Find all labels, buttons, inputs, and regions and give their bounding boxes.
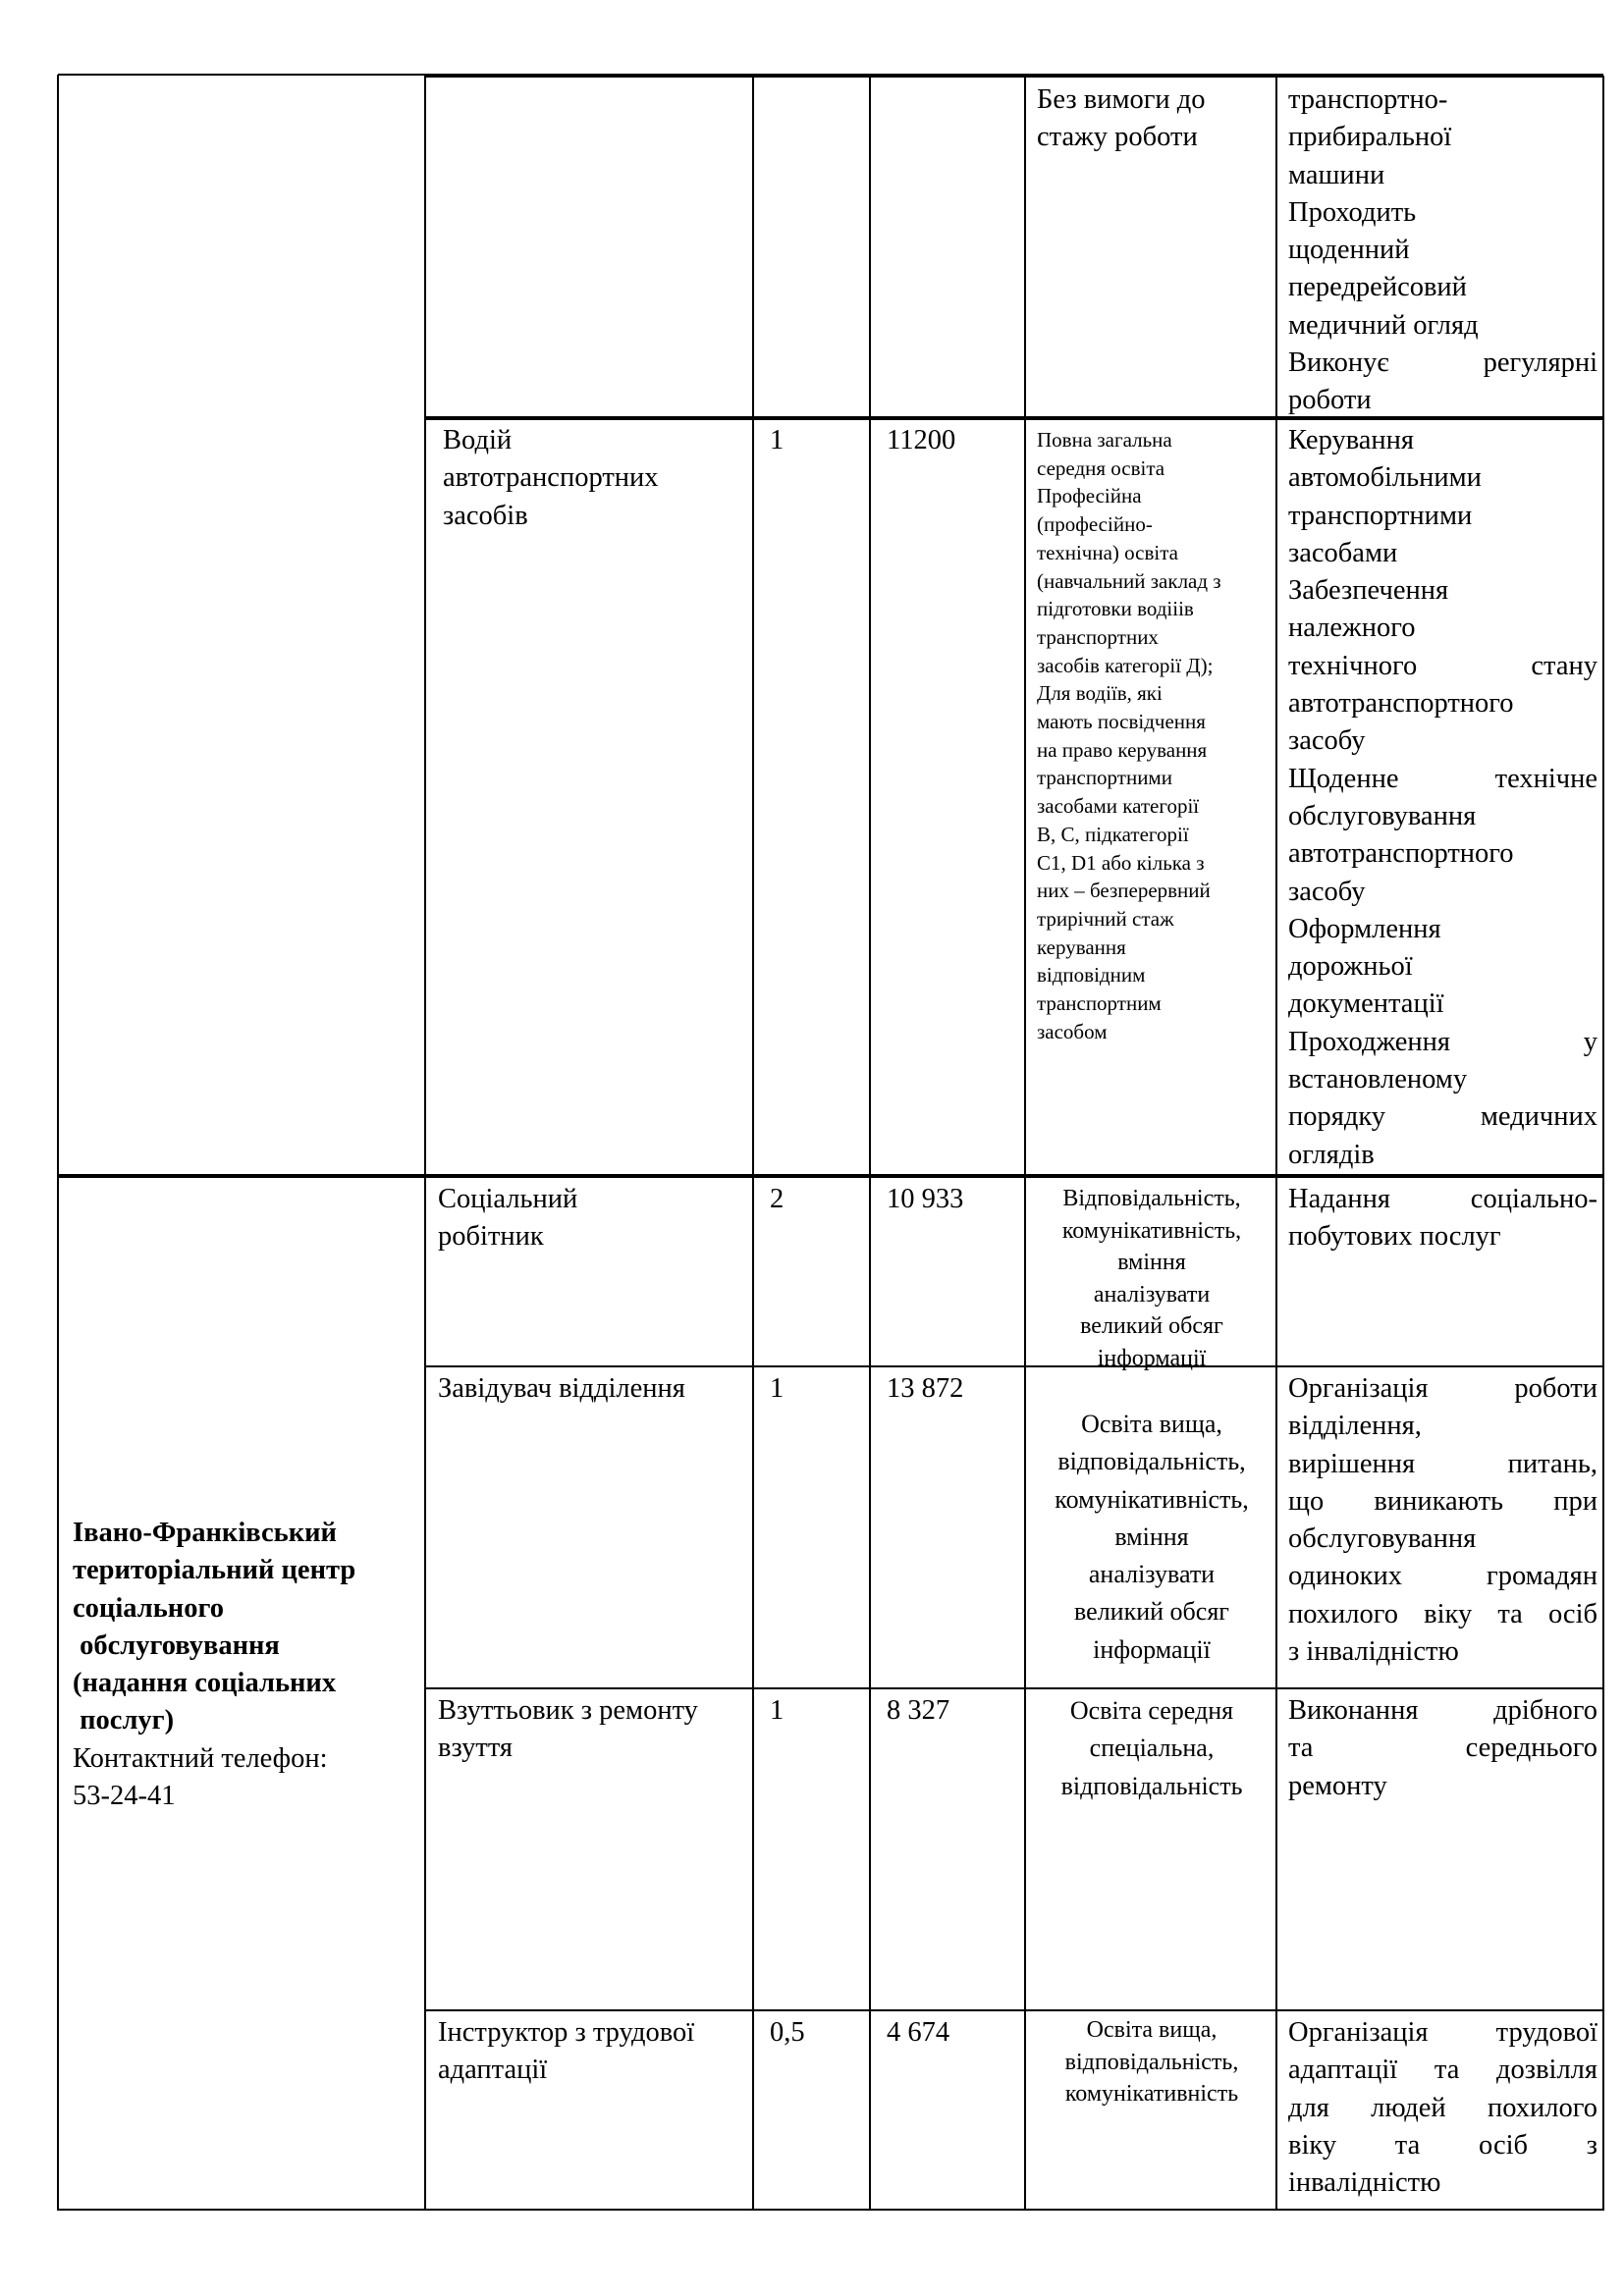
duty-line: Проходження у — [1288, 1024, 1597, 1061]
duty-line: обслуговування — [1288, 798, 1597, 835]
duty-line: Проходить — [1288, 194, 1597, 232]
row-5-position: Інструктор з трудової адаптації — [438, 2014, 752, 2090]
row-5-salary: 4 674 — [887, 2014, 1019, 2052]
row-2-position: Соціальний робітник — [438, 1181, 747, 1256]
contact-label: Контактний телефон: — [73, 1740, 416, 1778]
duty-line: технічного стану — [1288, 648, 1597, 685]
duty-line: роботи — [1288, 382, 1597, 419]
duty-line: адаптації та дозвілля — [1288, 2052, 1597, 2089]
duty-line: Забезпечення — [1288, 572, 1597, 610]
duty-line: порядку медичних — [1288, 1098, 1597, 1136]
row-5-duties: Організація трудовоїадаптації та дозвілл… — [1288, 2014, 1597, 2202]
duty-line: з інвалідністю — [1288, 1633, 1597, 1671]
duty-line: передрейсовий — [1288, 269, 1597, 306]
duty-line: інвалідністю — [1288, 2164, 1597, 2202]
duty-line: оглядів — [1288, 1137, 1597, 1174]
organization-name: Івано-Франківськийтериторіальний центрсо… — [73, 1515, 416, 1740]
duty-line: машини — [1288, 157, 1597, 194]
duty-line: Надання соціально- — [1288, 1181, 1597, 1218]
duty-line: Керування — [1288, 422, 1597, 459]
organization-name-line: послуг) — [73, 1702, 416, 1739]
duty-line: вирішення питань, — [1288, 1446, 1597, 1483]
duty-line: транспортно- — [1288, 81, 1597, 119]
organization-name-line: соціального — [73, 1590, 416, 1628]
duty-line: що виникають при — [1288, 1483, 1597, 1521]
duty-line: Виконує регулярні — [1288, 345, 1597, 382]
row-0-duties: транспортно-прибиральноїмашиниПроходитьщ… — [1288, 81, 1597, 420]
duty-line: ремонту — [1288, 1768, 1597, 1805]
duty-line: автомобільними — [1288, 459, 1597, 497]
duty-line: Щоденне технічне — [1288, 761, 1597, 798]
row-1-salary: 11200 — [887, 422, 1019, 459]
duty-line: автотранспортного — [1288, 835, 1597, 873]
row-4-duties: Виконання дрібногота середньогоремонту — [1288, 1692, 1597, 1805]
row-4-salary: 8 327 — [887, 1692, 1019, 1730]
duty-line: похилого віку та осіб — [1288, 1596, 1597, 1633]
row-4-position: Взуттьовик з ремонту взуття — [438, 1692, 752, 1768]
duty-line: щоденний — [1288, 232, 1597, 269]
row-2-count: 2 — [770, 1181, 863, 1218]
row-1-requirements: Повна загальна середня освіта Професійна… — [1037, 426, 1269, 1045]
duty-line: одиноких громадян — [1288, 1558, 1597, 1595]
document-page: Без вимоги до стажу роботи транспортно-п… — [0, 0, 1624, 2296]
duty-line: дорожньої — [1288, 948, 1597, 986]
duty-line: відділення, — [1288, 1408, 1597, 1445]
duty-line: для людей похилого — [1288, 2090, 1597, 2127]
row-4-requirements: Освіта середня спеціальна, відповідальні… — [1026, 1692, 1277, 1805]
organization-name-line: Івано-Франківський — [73, 1515, 416, 1552]
duty-line: засобами — [1288, 535, 1597, 572]
organization-name-line: територіальний центр — [73, 1552, 416, 1589]
duty-line: віку та осіб з — [1288, 2127, 1597, 2164]
duty-line: побутових послуг — [1288, 1218, 1597, 1255]
duty-line: транспортними — [1288, 498, 1597, 535]
row-5-requirements: Освіта вища, відповідальність, комунікат… — [1026, 2014, 1277, 2110]
row-3-position: Завідувач відділення — [438, 1370, 752, 1408]
row-1-count: 1 — [770, 422, 863, 459]
duty-line: засобу — [1288, 874, 1597, 911]
row-0-requirements: Без вимоги до стажу роботи — [1037, 81, 1269, 157]
row-3-duties: Організація роботивідділення,вирішення п… — [1288, 1370, 1597, 1671]
duty-line: Організація трудової — [1288, 2014, 1597, 2052]
row-1-position: Водій автотранспортних засобів — [443, 422, 747, 535]
contact-phone: 53-24-41 — [73, 1778, 416, 1815]
row-3-count: 1 — [770, 1370, 863, 1408]
organization-name-line: обслуговування — [73, 1628, 416, 1665]
row-3-requirements: Освіта вища, відповідальність, комунікат… — [1026, 1406, 1277, 1669]
duty-line: автотранспортного — [1288, 685, 1597, 722]
duty-line: документації — [1288, 986, 1597, 1023]
duty-line: належного — [1288, 610, 1597, 647]
duty-line: та середнього — [1288, 1730, 1597, 1767]
duty-line: Організація роботи — [1288, 1370, 1597, 1408]
organization-cell: Івано-Франківськийтериторіальний центрсо… — [73, 1515, 416, 1815]
duty-line: прибиральної — [1288, 119, 1597, 156]
row-2-salary: 10 933 — [887, 1181, 1019, 1218]
organization-name-line: (надання соціальних — [73, 1665, 416, 1702]
row-5-count: 0,5 — [770, 2014, 863, 2052]
row-2-requirements: Відповідальність, комунікативність, вмін… — [1027, 1183, 1276, 1374]
duty-line: засобу — [1288, 722, 1597, 760]
duty-line: медичний огляд — [1288, 307, 1597, 345]
duty-line: обслуговування — [1288, 1521, 1597, 1558]
row-4-count: 1 — [770, 1692, 863, 1730]
duty-line: Виконання дрібного — [1288, 1692, 1597, 1730]
row-1-duties: Керуванняавтомобільнимитранспортнимизасо… — [1288, 422, 1597, 1174]
duty-line: Оформлення — [1288, 911, 1597, 948]
row-2-duties: Надання соціально-побутових послуг — [1288, 1181, 1597, 1256]
duty-line: встановленому — [1288, 1061, 1597, 1098]
row-3-salary: 13 872 — [887, 1370, 1019, 1408]
